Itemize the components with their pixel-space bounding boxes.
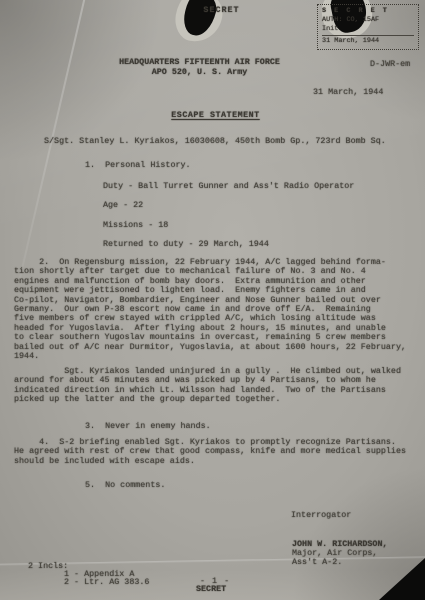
document-page: SECRET S E C R E T AUTH: CO, 15AF Init 3…: [0, 0, 425, 600]
signature-position: Ass't A-2.: [292, 558, 342, 567]
stamp-init-line: Init: [322, 25, 414, 34]
stamp-secret-line: S E C R E T: [322, 7, 414, 16]
interrogator-label: Interrogator: [291, 511, 351, 520]
document-date: 31 March, 1944: [313, 88, 383, 97]
section-1-returned: Returned to duty - 29 March, 1944: [103, 240, 269, 249]
section-1-heading: 1. Personal History.: [85, 161, 191, 170]
letterhead-headquarters: HEADQUARTERS FIFTEENTH AIR FORCE: [0, 58, 412, 67]
paper-corner-tear: [379, 558, 425, 600]
section-3-line: 3. Never in enemy hands.: [85, 422, 211, 431]
section-1-age: Age - 22: [103, 201, 143, 210]
section-1-duty: Duty - Ball Turret Gunner and Ass't Radi…: [103, 182, 354, 191]
enclosure-item-2: 2 - Ltr. AG 383.6: [64, 578, 149, 587]
enclosures-label: 2 Incls:: [28, 562, 68, 571]
section-4-paragraph: 4. S-2 briefing enabled Sgt. Kyriakos to…: [14, 438, 406, 466]
section-2-paragraph: 2. On Regensburg mission, 22 February 19…: [14, 258, 406, 361]
document-title: ESCAPE STATEMENT: [0, 111, 425, 120]
secret-auth-stamp: S E C R E T AUTH: CO, 15AF Init 31 March…: [317, 4, 419, 50]
section-2-paragraph-continued: Sgt. Kyriakos landed uninjured in a gull…: [14, 367, 401, 405]
classification-footer: SECRET: [196, 585, 226, 594]
section-1-missions: Missions - 18: [103, 221, 168, 230]
letterhead-apo: APO 520, U. S. Army: [0, 68, 412, 77]
section-5-line: 5. No comments.: [85, 481, 165, 490]
stamp-date-line: 31 March, 1944: [322, 35, 414, 46]
reference-code: D-JWR-em: [370, 60, 410, 69]
stamp-auth-line: AUTH: CO, 15AF: [322, 16, 414, 25]
subject-line: S/Sgt. Stanley L. Kyriakos, 16030608, 45…: [44, 137, 386, 146]
